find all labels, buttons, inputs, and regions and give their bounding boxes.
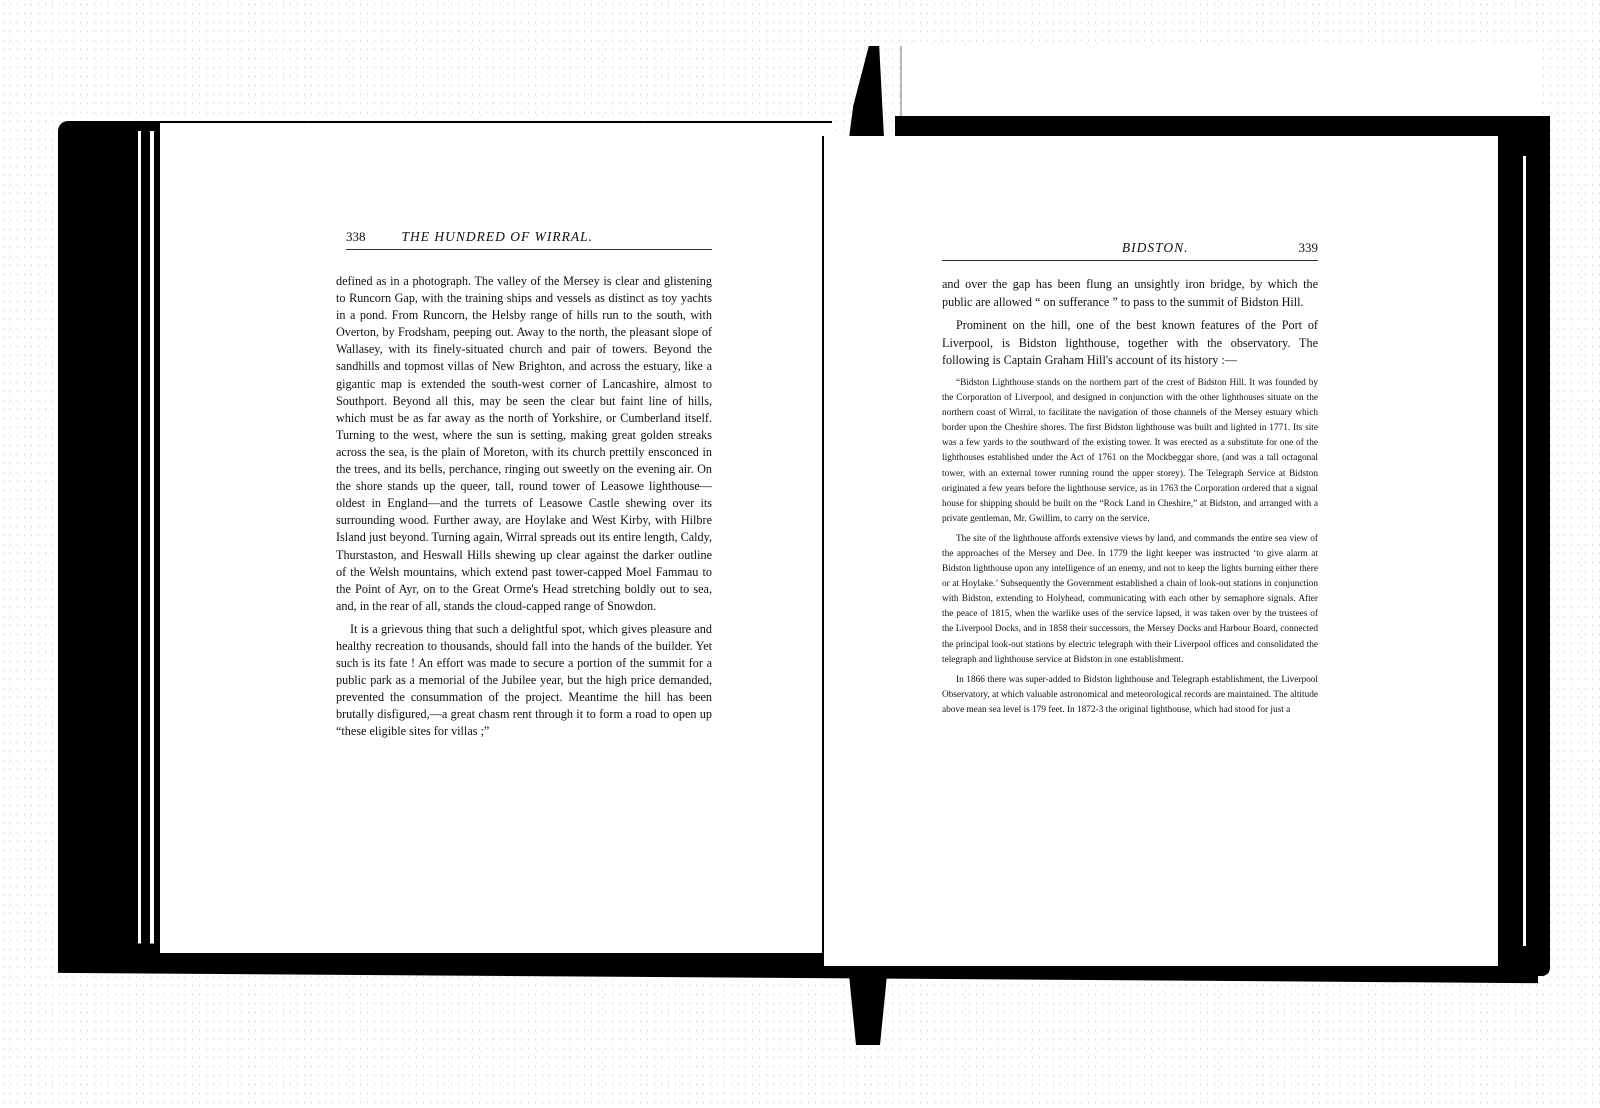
page-edge-line (138, 131, 141, 949)
page-edge-line (150, 131, 154, 949)
page-number: 338 (346, 229, 366, 245)
paragraph: and over the gap has been flung an unsig… (942, 276, 1318, 311)
paragraph: It is a grievous thing that such a delig… (336, 621, 712, 741)
right-page: BIDSTON. 339 and over the gap has been f… (822, 136, 1498, 966)
right-body-text: and over the gap has been flung an unsig… (942, 276, 1318, 718)
left-page: 338 THE HUNDRED OF WIRRAL. defined as in… (160, 121, 832, 953)
page-edge-line (1523, 156, 1526, 946)
quoted-paragraph: The site of the lighthouse affords exten… (942, 532, 1318, 668)
paragraph: defined as in a photograph. The valley o… (336, 273, 712, 615)
left-running-head: 338 THE HUNDRED OF WIRRAL. (346, 229, 712, 250)
left-body-text: defined as in a photograph. The valley o… (336, 273, 712, 741)
paragraph: Prominent on the hill, one of the best k… (942, 317, 1318, 370)
page-number: 339 (1299, 240, 1319, 256)
paper-flap (900, 46, 1542, 116)
right-running-head: BIDSTON. 339 (942, 240, 1318, 261)
quoted-paragraph: In 1866 there was super-added to Bidston… (942, 673, 1318, 718)
quoted-paragraph: “Bidston Lighthouse stands on the northe… (942, 376, 1318, 527)
running-title: THE HUNDRED OF WIRRAL. (402, 229, 593, 245)
running-title: BIDSTON. (1122, 240, 1189, 256)
book-cover-right-edge (1495, 116, 1550, 976)
